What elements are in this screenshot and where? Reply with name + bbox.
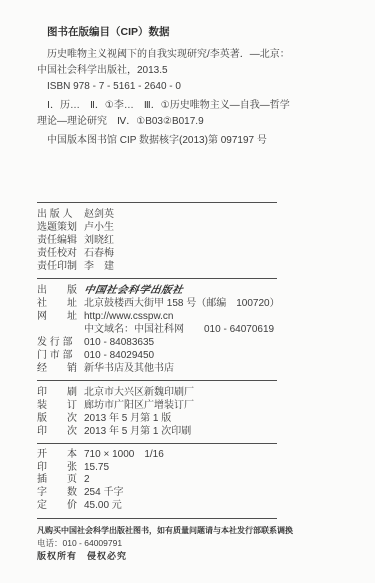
info-row: 印 张 15.75	[37, 462, 277, 475]
book-colophon-page: 图书在版编目（CIP）数据 历史唯物主义视阈下的自我实现研究/李英著．—北京： …	[0, 0, 375, 583]
info-label: 开 本	[37, 449, 84, 462]
info-row: 出 版 中国社会科学出版社	[37, 284, 277, 297]
info-label: 插 页	[37, 474, 84, 487]
cip-isbn-line: ISBN 978 - 7 - 5161 - 2640 - 0	[37, 79, 277, 95]
info-row: 网 址 http://www.csspw.cn	[37, 310, 277, 323]
info-value: 廊坊市广阳区广增装订厂	[84, 399, 277, 412]
info-row: 责任编辑 刘晓红	[37, 234, 277, 247]
info-row: 发 行 部 010 - 84083635	[37, 336, 277, 349]
publisher-logo-script: 中国社会科学出版社	[83, 284, 184, 296]
cip-classification-line-1: Ⅰ．历… Ⅱ．①李… Ⅲ．①历史唯物主义—自我—哲学	[37, 98, 277, 114]
info-row: 插 页 2	[37, 474, 277, 487]
info-value: 2013 年 5 月第 1 版	[84, 412, 277, 425]
info-label: 印 张	[37, 462, 84, 475]
cip-publisher-line: 中国社会科学出版社，2013.5	[37, 63, 277, 79]
publisher-section: 出 版 中国社会科学出版社 社 址 北京鼓楼西大街甲 158 号（邮编 1007…	[37, 282, 277, 377]
printing-section: 印 刷 北京市大兴区新魏印刷厂 装 订 廊坊市广阳区广增装订厂 版 次 2013…	[37, 384, 277, 440]
info-label: 网 址	[37, 310, 84, 323]
info-row: 责任校对 石春梅	[37, 247, 277, 260]
colophon-content: 图书在版编目（CIP）数据 历史唯物主义视阈下的自我实现研究/李英著．—北京： …	[37, 26, 277, 563]
info-value: 010 - 84029450	[84, 349, 277, 362]
divider	[37, 278, 277, 279]
info-row: 出 版 人 赵剑英	[37, 208, 277, 221]
cip-book-title-line: 历史唯物主义视阈下的自我实现研究/李英著．—北京：	[37, 47, 277, 63]
info-value: 北京鼓楼西大街甲 158 号（邮编 100720）	[84, 297, 280, 310]
info-label: 选题策划	[37, 221, 84, 234]
info-label: 印 次	[37, 425, 84, 438]
staff-section: 出 版 人 赵剑英 选题策划 卢小生 责任编辑 刘晓红 责任校对 石春梅 责任印…	[37, 206, 277, 275]
info-value: 45.00 元	[84, 500, 277, 513]
format-section: 开 本 710 × 1000 1/16 印 张 15.75 插 页 2 字 数 …	[37, 447, 277, 515]
info-label: 出 版 人	[37, 208, 84, 221]
quality-notice: 凡购买中国社会科学出版社图书，如有质量问题请与本社发行部联系调换	[37, 525, 277, 537]
info-label: 字 数	[37, 487, 84, 500]
info-label: 社 址	[37, 297, 84, 310]
info-value: 李 建	[84, 260, 277, 273]
info-row: 定 价 45.00 元	[37, 500, 277, 513]
info-row: 开 本 710 × 1000 1/16	[37, 449, 277, 462]
info-value: 15.75	[84, 462, 277, 475]
info-label: 版 次	[37, 412, 84, 425]
info-value: 卢小生	[84, 221, 277, 234]
info-label: 定 价	[37, 500, 84, 513]
info-value: 710 × 1000 1/16	[84, 449, 277, 462]
info-row: 社 址 北京鼓楼西大街甲 158 号（邮编 100720）	[37, 297, 277, 310]
info-value: 254 千字	[84, 487, 277, 500]
info-value: 中文域名：中国社科网 010 - 64070619	[84, 323, 277, 336]
divider	[37, 443, 277, 444]
cip-block: 图书在版编目（CIP）数据 历史唯物主义视阈下的自我实现研究/李英著．—北京： …	[37, 26, 277, 149]
cip-title: 图书在版编目（CIP）数据	[37, 26, 277, 39]
info-value: 2	[84, 474, 277, 487]
info-row: 选题策划 卢小生	[37, 221, 277, 234]
divider	[37, 202, 277, 203]
info-value: 石春梅	[84, 247, 277, 260]
info-row: 版 次 2013 年 5 月第 1 版	[37, 412, 277, 425]
info-label: 责任印制	[37, 260, 84, 273]
info-label: 印 刷	[37, 386, 84, 399]
info-label: 发 行 部	[37, 336, 84, 349]
service-phone: 电话：010 - 64009791	[37, 537, 277, 549]
info-label: 门 市 部	[37, 349, 84, 362]
info-value: 010 - 84083635	[84, 336, 277, 349]
notice-section: 凡购买中国社会科学出版社图书，如有质量问题请与本社发行部联系调换 电话：010 …	[37, 525, 277, 563]
cip-classification-line-2: 理论—理论研究 Ⅳ．①B03②B017.9	[37, 114, 277, 130]
spacer	[37, 149, 277, 199]
info-label: 经 销	[37, 362, 84, 375]
info-row: 经 销 新华书店及其他书店	[37, 362, 277, 375]
info-label: 责任编辑	[37, 234, 84, 247]
info-row: 责任印制 李 建	[37, 260, 277, 273]
info-label: 出 版	[37, 284, 84, 297]
info-row: 装 订 廊坊市广阳区广增装订厂	[37, 399, 277, 412]
copyright-notice: 版权所有 侵权必究	[37, 549, 277, 563]
info-value: 2013 年 5 月第 1 次印刷	[84, 425, 277, 438]
info-value: 北京市大兴区新魏印刷厂	[84, 386, 277, 399]
info-row: 印 次 2013 年 5 月第 1 次印刷	[37, 425, 277, 438]
divider	[37, 518, 277, 519]
info-value: 赵剑英	[84, 208, 277, 221]
info-row: 字 数 254 千字	[37, 487, 277, 500]
info-row: 印 刷 北京市大兴区新魏印刷厂	[37, 386, 277, 399]
info-row: 门 市 部 010 - 84029450	[37, 349, 277, 362]
divider	[37, 380, 277, 381]
cip-record-number-line: 中国版本图书馆 CIP 数据核字(2013)第 097197 号	[37, 133, 277, 149]
info-label: 责任校对	[37, 247, 84, 260]
info-value: http://www.csspw.cn	[84, 310, 277, 323]
info-label: 装 订	[37, 399, 84, 412]
info-value: 新华书店及其他书店	[84, 362, 277, 375]
info-value: 刘晓红	[84, 234, 277, 247]
info-label	[37, 323, 84, 336]
info-row: 中文域名：中国社科网 010 - 64070619	[37, 323, 277, 336]
info-value: 中国社会科学出版社	[84, 284, 277, 297]
